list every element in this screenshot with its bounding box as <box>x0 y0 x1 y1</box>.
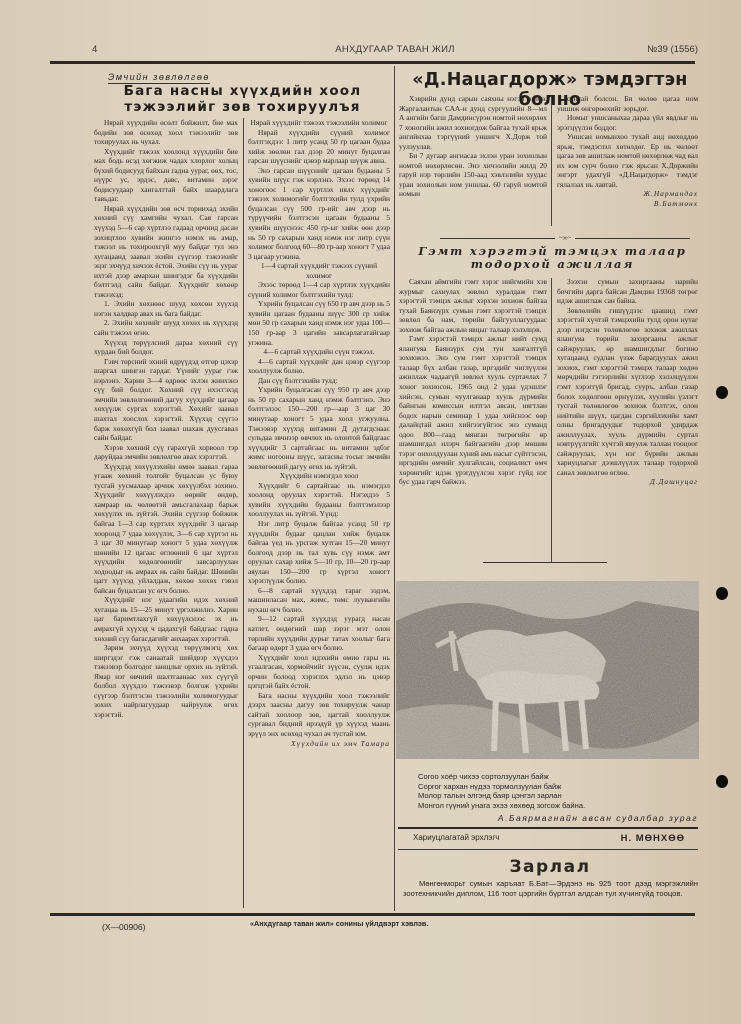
subheading: Хүүхдийн нэмэгдэл хоол <box>248 471 390 481</box>
photo-credit: А.Баярмагнайн авсан судалбар зураг <box>430 813 698 823</box>
subheading: Нярай хүүхдийг тэжээх тэжээлийн холимог <box>248 118 390 128</box>
paragraph: 2. Эхийн хөхнийг шууд хөхөх нь хүүхдэд с… <box>94 318 238 337</box>
paragraph: Эхээс төрөөд 1—4 сар хүртлэх хүүхдийн сү… <box>248 280 390 299</box>
newspaper-title: АНХДУГААР ТАВАН ЖИЛ <box>92 44 698 55</box>
paragraph: Номыг уншсаныхаа дараа үйл явдлыг нь эрэ… <box>557 113 698 132</box>
paragraph: Хүүхдийг нэг удаагийн идэх хөхний хугаца… <box>94 595 238 643</box>
notice-text: Мөнгөнморьт сумын харъяат Б.Бат—Эрдэнэ н… <box>403 879 698 898</box>
column-divider <box>243 118 244 908</box>
notice-headline: Зарлал <box>400 857 700 877</box>
paragraph: Гэмт хэрэгтэй тэмцэх ажлыг нийт сумд яла… <box>399 334 547 487</box>
column-divider <box>394 66 395 911</box>
paragraph: Дан сүү бэлтгэхийн тулд: <box>248 376 390 386</box>
notice-body: Мөнгөнморьт сумын харъяат Б.Бат—Эрдэнэ н… <box>403 879 698 898</box>
editor-rule-top <box>398 827 698 829</box>
newspaper-page: 4 АНХДУГААР ТАВАН ЖИЛ №39 (1556) Эмчийн … <box>0 0 741 1024</box>
caption-line: Монгол гүүний унага эхээ хөхөөд зогсож б… <box>418 801 585 811</box>
caption-line: Согоо хоёр чихээ сортолзуулан байж <box>418 772 585 782</box>
article-right-top-column-1: Хэврийн дунд сарын саяхны нэгэн өглөө. Ж… <box>399 94 547 230</box>
article-right-middle-column-2: Зээхэн сумын захиргааны нарийн бичгийн д… <box>557 277 698 573</box>
paragraph: Би 7 дугаар ангиасаа эхлэн уран зохиолын… <box>399 151 547 199</box>
printer-credit: «Анхдугаар таван жил» сонины үйлдвэрт хэ… <box>250 919 550 928</box>
camel-photo-illustration <box>396 581 699 759</box>
paragraph: Гэвч төрсний эхний өдрүүдэд өтгөр цэхэр … <box>94 357 238 443</box>
footer-rule <box>50 913 695 916</box>
paragraph: сантай болсон. Би чөлөө цагаа ном уншиж … <box>557 94 698 113</box>
paragraph: Хүүхэд төрүүлсний дараа хөхний сүү хурда… <box>94 338 238 357</box>
masthead-rule <box>50 61 695 64</box>
subheading: 1—4 сартай хүүхдийг тэжээх сүүний холимо… <box>248 261 390 280</box>
paragraph: Энэ гарсан шүүснийг цагаан будааны 5 хув… <box>248 166 390 261</box>
paragraph: Хүүхдийг хоол идэхийн өмнө гары нь угаал… <box>248 653 390 691</box>
paragraph: Хүүхдийг 6 сартайгаас нь нэмэгдэл хоолон… <box>248 481 390 519</box>
paragraph: 9—12 сартай хүүхдэд уурагд насан катлет,… <box>248 614 390 652</box>
print-code: (Х—00906) <box>102 922 145 932</box>
column-divider <box>551 278 552 563</box>
paragraph: Зээхэн сумын захиргааны нарийн бичгийн д… <box>557 277 698 306</box>
photo-caption: Согоо хоёр чихээ сортолзуулан байж Сорго… <box>418 772 585 810</box>
byline: Ж.Нармандах <box>557 189 698 199</box>
paragraph: Хэрэв хөхний сүү гарахгүй хорвоол тэр да… <box>94 443 238 462</box>
article-right-middle-headline: Гэмт хэрэгтэй тэмцэх талаар тодорхой ажи… <box>400 245 705 271</box>
paragraph: Хэврийн дунд сарын саяхны нэгэн өглөө. Ж… <box>399 94 547 151</box>
editor-rule-bottom <box>398 849 698 850</box>
photo-camels <box>396 581 699 759</box>
paragraph: Хүүхдэд хөхүүлэхийн өмнө заавал гараа уг… <box>94 462 238 596</box>
paragraph: Үхрийн буцалгасан сүү 950 гр авч дээр нь… <box>248 385 390 471</box>
byline: Хүүхдийн их эмч Тамара <box>248 739 390 749</box>
binder-hole <box>716 775 728 788</box>
section-rule <box>483 562 607 563</box>
article-left-headline: Бага насны хүүхдийн хоол тэжээлийг зөв т… <box>95 83 390 115</box>
paragraph: 6—8 сартай хүүхдэд тараг ээдэм, машинлас… <box>248 586 390 615</box>
paragraph: Нярай хүүхдийн зөв өсч торнихад эхийн хө… <box>94 204 238 299</box>
article-right-top-column-2: сантай болсон. Би чөлөө цагаа ном уншиж … <box>557 94 698 234</box>
editor-name: Н. МӨНХӨӨ <box>621 833 685 844</box>
binder-hole <box>716 386 728 399</box>
paragraph: Нэг литр буцалж байгаа усанд 50 гр хүүхд… <box>248 519 390 586</box>
paragraph: Нярай хүүхдийн сүүний холимог бэлтгэхдээ… <box>248 128 390 166</box>
paragraph: 1. Эхийн хөхнөөс шууд хөхсөн хүүхэд нэгэ… <box>94 299 238 318</box>
paragraph: Бага насны хүүхдийн хоол тэжээлийг дээрх… <box>248 691 390 739</box>
paragraph: Зарим эхчүүд хүүхэд төрүүлмэгц хөх ширгэ… <box>94 643 238 719</box>
editor-label: Хариуцлагатай эрхлэгч <box>413 833 499 842</box>
byline: В.Батмөнх <box>557 199 698 209</box>
caption-line: Молор талын элгэнд баяр цэнгэл зарлан <box>418 791 585 801</box>
paragraph: Уншсан номынхоо тухай анд нөхөддөө ярьж,… <box>557 132 698 189</box>
paragraph: Зөвлөлийн гишүүдээс цаашид гэмт хэрэгтэй… <box>557 306 698 478</box>
issue-number: №39 (1556) <box>647 44 698 55</box>
subheading: 4—6 сартай хүүхдийн сүүн тэжээл. <box>248 347 390 357</box>
paragraph: Хүүхдийг тэжээх хоолонд хүүхдийн бие мах… <box>94 147 238 204</box>
paragraph: 4—6 сартай хүүхдийг дан цэвэр сүүгээр хо… <box>248 357 390 376</box>
paragraph: Үхрийн буцалсан сүү 650 гр авч дээр нь 5… <box>248 299 390 347</box>
paragraph: Нярай хүүхдийн өсөлт бойжилт, бие мах бо… <box>94 118 238 147</box>
article-left-column-2: Нярай хүүхдийг тэжээх тэжээлийн холимогН… <box>248 118 390 908</box>
article-right-middle-column-1: Саяхан аймгийн гэмт хэрэг нийгмийн хэв ж… <box>399 277 547 567</box>
byline: Д.Дашнуцаг <box>557 477 698 487</box>
masthead: 4 АНХДУГААР ТАВАН ЖИЛ №39 (1556) <box>92 44 698 58</box>
column-divider <box>551 96 552 226</box>
ornament-divider: ~∞~ <box>440 234 690 242</box>
caption-line: Соргог хархан нүдээ тормолзуулан байж <box>418 782 585 792</box>
article-left-column-1: Нярай хүүхдийн өсөлт бойжилт, бие мах бо… <box>94 118 238 908</box>
binder-hole <box>716 587 728 600</box>
paragraph: Саяхан аймгийн гэмт хэрэг нийгмийн хэв ж… <box>399 277 547 334</box>
